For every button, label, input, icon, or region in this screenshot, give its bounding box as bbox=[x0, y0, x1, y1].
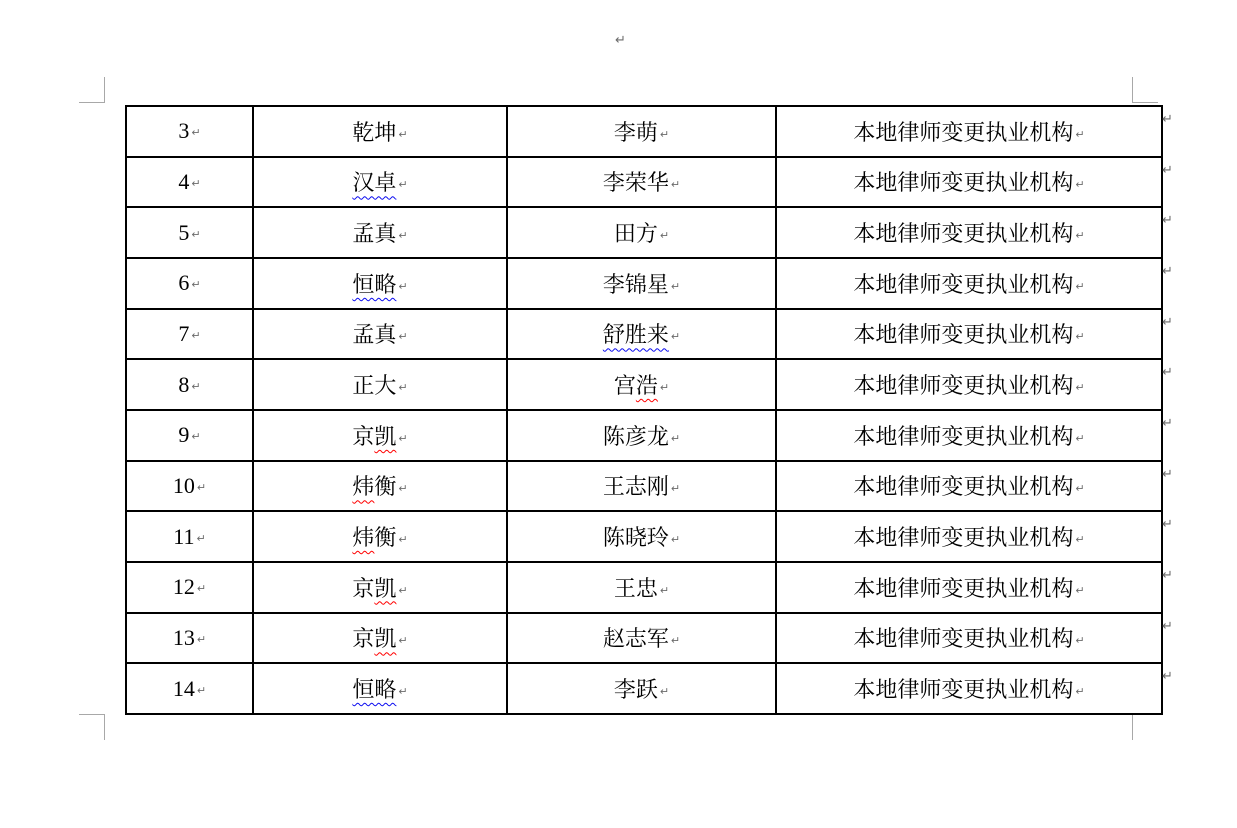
row-number-cell[interactable]: 13↵ bbox=[126, 613, 253, 664]
end-of-row-mark: ↵ bbox=[1162, 265, 1173, 278]
cell-text: 11 bbox=[173, 524, 194, 549]
law-firm-cell[interactable]: 恒略↵ bbox=[253, 663, 507, 714]
cell-text: 孟真 bbox=[352, 322, 396, 347]
row-number-cell[interactable]: 7↵ bbox=[126, 309, 253, 360]
change-type-cell[interactable]: 本地律师变更执业机构↵ bbox=[776, 511, 1162, 562]
cell-text: 京 bbox=[352, 424, 374, 449]
text-boundary-mark-bottom-left bbox=[79, 714, 105, 740]
table-row: 8↵正大↵宫浩↵本地律师变更执业机构↵ bbox=[126, 359, 1162, 410]
lawyer-name-cell[interactable]: 王忠↵ bbox=[507, 562, 776, 613]
change-type-cell[interactable]: 本地律师变更执业机构↵ bbox=[776, 613, 1162, 664]
change-type-cell[interactable]: 本地律师变更执业机构↵ bbox=[776, 663, 1162, 714]
end-of-cell-mark: ↵ bbox=[398, 128, 407, 141]
cell-text: 汉卓 bbox=[352, 170, 396, 195]
change-type-cell[interactable]: 本地律师变更执业机构↵ bbox=[776, 157, 1162, 208]
cell-text: 衡 bbox=[374, 525, 396, 550]
cell-text: 京 bbox=[352, 626, 374, 651]
cell-text: 衡 bbox=[374, 474, 396, 499]
change-type-cell[interactable]: 本地律师变更执业机构↵ bbox=[776, 207, 1162, 258]
end-of-cell-mark: ↵ bbox=[191, 126, 200, 139]
end-of-row-mark: ↵ bbox=[1162, 620, 1173, 633]
end-of-cell-mark: ↵ bbox=[196, 532, 205, 545]
cell-text: 3 bbox=[178, 118, 189, 143]
law-firm-cell[interactable]: 炜衡↵ bbox=[253, 511, 507, 562]
end-of-cell-mark: ↵ bbox=[398, 533, 407, 546]
cell-text: 浩 bbox=[636, 373, 658, 398]
table-row: 4↵汉卓↵李荣华↵本地律师变更执业机构↵ bbox=[126, 157, 1162, 208]
end-of-cell-mark: ↵ bbox=[1075, 280, 1084, 293]
cell-text: 陈晓玲 bbox=[603, 525, 669, 550]
cell-text: 田方 bbox=[614, 221, 658, 246]
table-row: 7↵孟真↵舒胜来↵本地律师变更执业机构↵ bbox=[126, 309, 1162, 360]
end-of-cell-mark: ↵ bbox=[660, 229, 669, 242]
cell-text: 13 bbox=[173, 625, 195, 650]
end-of-cell-mark: ↵ bbox=[197, 481, 206, 494]
table-row: 13↵京凯↵赵志军↵本地律师变更执业机构↵ bbox=[126, 613, 1162, 664]
end-of-cell-mark: ↵ bbox=[660, 685, 669, 698]
table-row: 10↵炜衡↵王志刚↵本地律师变更执业机构↵ bbox=[126, 461, 1162, 512]
cell-text: 李跃 bbox=[614, 677, 658, 702]
lawyer-name-cell[interactable]: 陈彦龙↵ bbox=[507, 410, 776, 461]
row-number-cell[interactable]: 10↵ bbox=[126, 461, 253, 512]
end-of-cell-mark: ↵ bbox=[197, 582, 206, 595]
end-of-cell-mark: ↵ bbox=[1075, 128, 1084, 141]
lawyer-change-table: 3↵乾坤↵李萌↵本地律师变更执业机构↵4↵汉卓↵李荣华↵本地律师变更执业机构↵5… bbox=[125, 105, 1163, 715]
end-of-cell-mark: ↵ bbox=[1075, 584, 1084, 597]
law-firm-cell[interactable]: 京凯↵ bbox=[253, 410, 507, 461]
end-of-cell-mark: ↵ bbox=[197, 684, 206, 697]
end-of-cell-mark: ↵ bbox=[671, 634, 680, 647]
cell-text: 本地律师变更执业机构 bbox=[853, 221, 1073, 246]
lawyer-name-cell[interactable]: 王志刚↵ bbox=[507, 461, 776, 512]
cell-text: 10 bbox=[173, 473, 195, 498]
cell-text: 本地律师变更执业机构 bbox=[853, 272, 1073, 297]
row-number-cell[interactable]: 9↵ bbox=[126, 410, 253, 461]
cell-text: 9 bbox=[178, 422, 189, 447]
cell-text: 本地律师变更执业机构 bbox=[853, 576, 1073, 601]
end-of-row-mark: ↵ bbox=[1162, 316, 1173, 329]
table-row: 9↵京凯↵陈彦龙↵本地律师变更执业机构↵ bbox=[126, 410, 1162, 461]
cell-text: 恒略 bbox=[352, 272, 396, 297]
row-number-cell[interactable]: 3↵ bbox=[126, 106, 253, 157]
row-number-cell[interactable]: 12↵ bbox=[126, 562, 253, 613]
end-of-cell-mark: ↵ bbox=[191, 278, 200, 291]
cell-text: 本地律师变更执业机构 bbox=[853, 322, 1073, 347]
end-of-cell-mark: ↵ bbox=[398, 280, 407, 293]
table-row: 6↵恒略↵李锦星↵本地律师变更执业机构↵ bbox=[126, 258, 1162, 309]
end-of-cell-mark: ↵ bbox=[1075, 330, 1084, 343]
end-of-cell-mark: ↵ bbox=[1075, 533, 1084, 546]
end-of-cell-mark: ↵ bbox=[398, 685, 407, 698]
end-of-cell-mark: ↵ bbox=[197, 633, 206, 646]
cell-text: 14 bbox=[173, 676, 195, 701]
end-of-cell-mark: ↵ bbox=[191, 430, 200, 443]
end-of-cell-mark: ↵ bbox=[671, 178, 680, 191]
cell-text: 凯 bbox=[374, 576, 396, 601]
end-of-cell-mark: ↵ bbox=[1075, 178, 1084, 191]
end-of-cell-mark: ↵ bbox=[1075, 432, 1084, 445]
table-row: 14↵恒略↵李跃↵本地律师变更执业机构↵ bbox=[126, 663, 1162, 714]
end-of-cell-mark: ↵ bbox=[191, 380, 200, 393]
cell-text: 李荣华 bbox=[603, 170, 669, 195]
end-of-cell-mark: ↵ bbox=[398, 330, 407, 343]
row-number-cell[interactable]: 6↵ bbox=[126, 258, 253, 309]
cell-text: 本地律师变更执业机构 bbox=[853, 525, 1073, 550]
change-type-cell[interactable]: 本地律师变更执业机构↵ bbox=[776, 359, 1162, 410]
cell-text: 12 bbox=[173, 574, 195, 599]
lawyer-name-cell[interactable]: 舒胜来↵ bbox=[507, 309, 776, 360]
change-type-cell[interactable]: 本地律师变更执业机构↵ bbox=[776, 461, 1162, 512]
change-type-cell[interactable]: 本地律师变更执业机构↵ bbox=[776, 258, 1162, 309]
change-type-cell[interactable]: 本地律师变更执业机构↵ bbox=[776, 309, 1162, 360]
end-of-cell-mark: ↵ bbox=[671, 432, 680, 445]
lawyer-name-cell[interactable]: 陈晓玲↵ bbox=[507, 511, 776, 562]
text-boundary-mark-top-left bbox=[79, 77, 105, 103]
end-of-cell-mark: ↵ bbox=[1075, 685, 1084, 698]
lawyer-name-cell[interactable]: 李跃↵ bbox=[507, 663, 776, 714]
table-row: 5↵孟真↵田方↵本地律师变更执业机构↵ bbox=[126, 207, 1162, 258]
end-of-row-mark: ↵ bbox=[1162, 214, 1173, 227]
law-firm-cell[interactable]: 京凯↵ bbox=[253, 562, 507, 613]
cell-text: 本地律师变更执业机构 bbox=[853, 170, 1073, 195]
end-of-cell-mark: ↵ bbox=[398, 584, 407, 597]
cell-text: 陈彦龙 bbox=[603, 424, 669, 449]
cell-text: 本地律师变更执业机构 bbox=[853, 677, 1073, 702]
text-boundary-mark-bottom-right bbox=[1132, 714, 1158, 740]
end-of-cell-mark: ↵ bbox=[398, 634, 407, 647]
end-of-cell-mark: ↵ bbox=[660, 128, 669, 141]
cell-text: 凯 bbox=[374, 424, 396, 449]
end-of-row-mark: ↵ bbox=[1162, 670, 1173, 683]
end-of-cell-mark: ↵ bbox=[1075, 482, 1084, 495]
cell-text: 5 bbox=[178, 220, 189, 245]
cell-text: 京 bbox=[352, 576, 374, 601]
cell-text: 炜 bbox=[352, 474, 374, 499]
cell-text: 本地律师变更执业机构 bbox=[853, 474, 1073, 499]
end-of-cell-mark: ↵ bbox=[1075, 381, 1084, 394]
end-of-cell-mark: ↵ bbox=[671, 330, 680, 343]
change-type-cell[interactable]: 本地律师变更执业机构↵ bbox=[776, 562, 1162, 613]
table-row: 3↵乾坤↵李萌↵本地律师变更执业机构↵ bbox=[126, 106, 1162, 157]
end-of-cell-mark: ↵ bbox=[398, 432, 407, 445]
table-row: 11↵炜衡↵陈晓玲↵本地律师变更执业机构↵ bbox=[126, 511, 1162, 562]
row-number-cell[interactable]: 8↵ bbox=[126, 359, 253, 410]
end-of-cell-mark: ↵ bbox=[1075, 634, 1084, 647]
row-number-cell[interactable]: 11↵ bbox=[126, 511, 253, 562]
end-of-cell-mark: ↵ bbox=[398, 229, 407, 242]
cell-text: 舒胜来 bbox=[603, 322, 669, 347]
end-of-cell-mark: ↵ bbox=[398, 178, 407, 191]
table-row: 12↵京凯↵王忠↵本地律师变更执业机构↵ bbox=[126, 562, 1162, 613]
cell-text: 4 bbox=[178, 169, 189, 194]
change-type-cell[interactable]: 本地律师变更执业机构↵ bbox=[776, 106, 1162, 157]
lawyer-name-cell[interactable]: 李荣华↵ bbox=[507, 157, 776, 208]
row-number-cell[interactable]: 4↵ bbox=[126, 157, 253, 208]
lawyer-name-cell[interactable]: 李锦星↵ bbox=[507, 258, 776, 309]
end-of-cell-mark: ↵ bbox=[671, 533, 680, 546]
law-firm-cell[interactable]: 孟真↵ bbox=[253, 207, 507, 258]
end-of-cell-mark: ↵ bbox=[660, 381, 669, 394]
lawyer-name-cell[interactable]: 赵志军↵ bbox=[507, 613, 776, 664]
end-of-row-mark: ↵ bbox=[1162, 366, 1173, 379]
row-number-cell[interactable]: 14↵ bbox=[126, 663, 253, 714]
text-boundary-mark-top-right bbox=[1132, 77, 1158, 103]
end-of-row-mark: ↵ bbox=[1162, 417, 1173, 430]
cell-text: 李萌 bbox=[614, 120, 658, 145]
law-firm-cell[interactable]: 恒略↵ bbox=[253, 258, 507, 309]
cell-text: 本地律师变更执业机构 bbox=[853, 424, 1073, 449]
end-of-row-mark: ↵ bbox=[1162, 164, 1173, 177]
lawyer-name-cell[interactable]: 宫浩↵ bbox=[507, 359, 776, 410]
end-of-row-mark: ↵ bbox=[1162, 518, 1173, 531]
end-of-row-mark: ↵ bbox=[1162, 113, 1173, 126]
cell-text: 7 bbox=[178, 321, 189, 346]
end-of-cell-mark: ↵ bbox=[671, 482, 680, 495]
law-firm-cell[interactable]: 汉卓↵ bbox=[253, 157, 507, 208]
law-firm-cell[interactable]: 乾坤↵ bbox=[253, 106, 507, 157]
law-firm-cell[interactable]: 炜衡↵ bbox=[253, 461, 507, 512]
end-of-cell-mark: ↵ bbox=[1075, 229, 1084, 242]
end-of-cell-mark: ↵ bbox=[660, 584, 669, 597]
end-of-row-mark: ↵ bbox=[1162, 569, 1173, 582]
cell-text: 恒略 bbox=[352, 677, 396, 702]
cell-text: 王志刚 bbox=[603, 474, 669, 499]
end-of-cell-mark: ↵ bbox=[191, 329, 200, 342]
cell-text: 6 bbox=[178, 270, 189, 295]
cell-text: 正大 bbox=[352, 373, 396, 398]
law-firm-cell[interactable]: 京凯↵ bbox=[253, 613, 507, 664]
row-number-cell[interactable]: 5↵ bbox=[126, 207, 253, 258]
end-of-cell-mark: ↵ bbox=[671, 280, 680, 293]
lawyer-name-cell[interactable]: 田方↵ bbox=[507, 207, 776, 258]
end-of-cell-mark: ↵ bbox=[191, 177, 200, 190]
cell-text: 凯 bbox=[374, 626, 396, 651]
cell-text: 本地律师变更执业机构 bbox=[853, 373, 1073, 398]
paragraph-mark: ↵ bbox=[615, 34, 626, 47]
change-type-cell[interactable]: 本地律师变更执业机构↵ bbox=[776, 410, 1162, 461]
lawyer-name-cell[interactable]: 李萌↵ bbox=[507, 106, 776, 157]
end-of-cell-mark: ↵ bbox=[398, 381, 407, 394]
end-of-row-mark: ↵ bbox=[1162, 468, 1173, 481]
end-of-cell-mark: ↵ bbox=[191, 228, 200, 241]
end-of-cell-mark: ↵ bbox=[398, 482, 407, 495]
cell-text: 本地律师变更执业机构 bbox=[853, 626, 1073, 651]
cell-text: 炜 bbox=[352, 525, 374, 550]
cell-text: 孟真 bbox=[352, 221, 396, 246]
cell-text: 王忠 bbox=[614, 576, 658, 601]
cell-text: 赵志军 bbox=[603, 626, 669, 651]
cell-text: 8 bbox=[178, 372, 189, 397]
cell-text: 宫 bbox=[614, 373, 636, 398]
law-firm-cell[interactable]: 正大↵ bbox=[253, 359, 507, 410]
cell-text: 李锦星 bbox=[603, 272, 669, 297]
law-firm-cell[interactable]: 孟真↵ bbox=[253, 309, 507, 360]
document-page: ↵ 3↵乾坤↵李萌↵本地律师变更执业机构↵4↵汉卓↵李荣华↵本地律师变更执业机构… bbox=[0, 0, 1237, 828]
cell-text: 乾坤 bbox=[352, 120, 396, 145]
cell-text: 本地律师变更执业机构 bbox=[853, 120, 1073, 145]
records-table-body: 3↵乾坤↵李萌↵本地律师变更执业机构↵4↵汉卓↵李荣华↵本地律师变更执业机构↵5… bbox=[126, 106, 1162, 714]
